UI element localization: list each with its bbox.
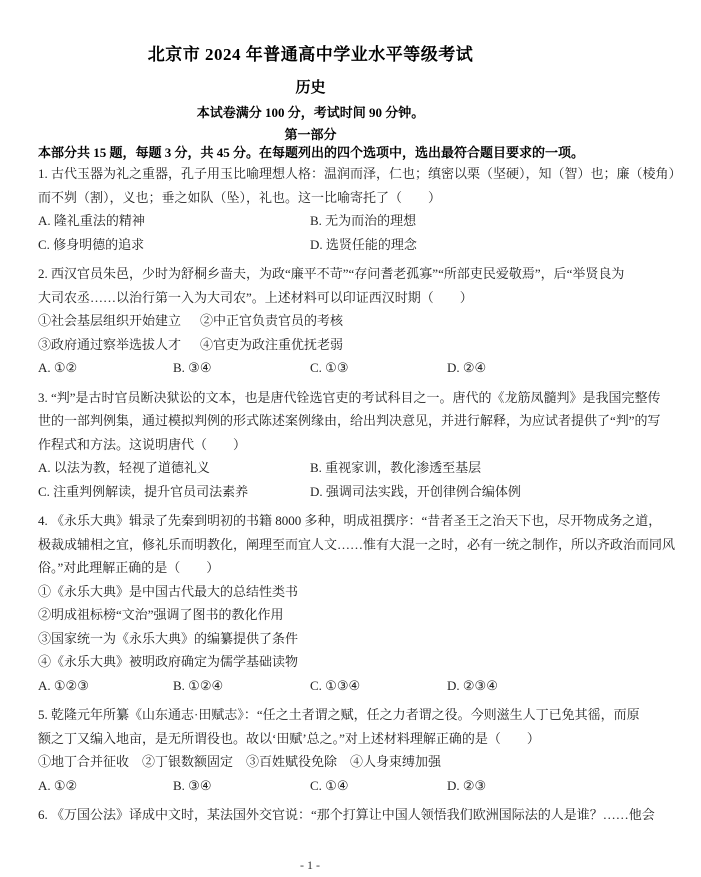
document-content: 北京市 2024 年普通高中学业水平等级考试 历史 本试卷满分 100 分，考试…: [38, 0, 665, 827]
answer-choice: C. ①④: [310, 774, 348, 798]
question-2-row: 大司农丞……以治行第一入为大司农”。上述材料可以印证西汉时期（ ）: [38, 286, 665, 310]
answer-choice: D. ②④: [447, 356, 486, 380]
question-1: 1. 古代玉器为礼之重器，孔子用玉比喻理想人格：温润而泽，仁也；缜密以栗（坚硬）…: [38, 162, 665, 256]
question-2-row: 2. 西汉官员朱邑，少时为舒桐乡啬夫，为政“廉平不苛”“存问耆老孤寡”“所部吏民…: [38, 262, 665, 286]
text-line: 大司农丞……以治行第一入为大司农”。上述材料可以印证西汉时期（ ）: [38, 286, 473, 310]
question-3-row: 3. “判”是古时官员断决狱讼的文本，也是唐代铨选官吏的考试科目之一。唐代的《龙…: [38, 386, 665, 410]
answer-choice: C. ①③: [310, 356, 348, 380]
part-heading: 第一部分: [38, 126, 583, 144]
answer-choice: A. ①②: [38, 356, 77, 380]
text-line: 2. 西汉官员朱邑，少时为舒桐乡啬夫，为政“廉平不苛”“存问耆老孤寡”“所部吏民…: [38, 262, 624, 286]
question-6: 6. 《万国公法》译成中文时，某法国外交官说：“那个打算让中国人领悟我们欧洲国际…: [38, 803, 665, 827]
text-line: ④《永乐大典》被明政府确定为儒学基础读物: [38, 650, 298, 674]
question-5-row: ①地丁合并征收 ②丁银数额固定 ③百姓赋役免除 ④人身束缚加强: [38, 750, 665, 774]
question-3-row: 作程式和方法。这说明唐代（ ）: [38, 433, 665, 457]
exam-paper-page: 北京市 2024 年普通高中学业水平等级考试 历史 本试卷满分 100 分，考试…: [0, 0, 701, 877]
text-line: 而不刿（割），义也；垂之如队（坠），礼也。这一比喻寄托了（ ）: [38, 186, 441, 210]
answer-choice: C. ①③④: [310, 674, 360, 698]
question-2-row: ③政府通过察举选拔人才④官吏为政注重优抚老弱: [38, 333, 665, 357]
answer-choice: D. ②③: [447, 774, 486, 798]
question-6-row: 6. 《万国公法》译成中文时，某法国外交官说：“那个打算让中国人领悟我们欧洲国际…: [38, 803, 665, 827]
question-3-row: A. 以法为教，轻视了道德礼义B. 重视家训，教化渗透至基层: [38, 456, 665, 480]
question-1-row: C. 修身明德的追求D. 选贤任能的理念: [38, 233, 665, 257]
option: A. 以法为教，轻视了道德礼义: [38, 456, 210, 480]
text-line: 额之丁又编入地亩，是无所谓役也。故以‘田赋’总之。”对上述材料理解正确的是（ ）: [38, 727, 540, 751]
text-line: 6. 《万国公法》译成中文时，某法国外交官说：“那个打算让中国人领悟我们欧洲国际…: [38, 803, 655, 827]
text-line: 3. “判”是古时官员断决狱讼的文本，也是唐代铨选官吏的考试科目之一。唐代的《龙…: [38, 386, 661, 410]
question-5-row: 5. 乾隆元年所纂《山东通志·田赋志》：“任之土者谓之赋，任之力者谓之役。今则滋…: [38, 703, 665, 727]
question-1-row: 而不刿（割），义也；垂之如队（坠），礼也。这一比喻寄托了（ ）: [38, 186, 665, 210]
question-4-row: 极裁成辅相之宜，修礼乐而明教化，阐理至而宜人文……惟有大混一之时，必有一统之制作…: [38, 533, 665, 557]
statement: ①社会基层组织开始建立: [38, 309, 181, 333]
text-line: 俗。”对此理解正确的是（ ）: [38, 556, 219, 580]
document-header: 北京市 2024 年普通高中学业水平等级考试 历史 本试卷满分 100 分，考试…: [38, 0, 583, 144]
question-4-row: 4. 《永乐大典》辑录了先秦到明初的书籍 8000 多种，明成祖撰序：“昔者圣王…: [38, 509, 665, 533]
question-4: 4. 《永乐大典》辑录了先秦到明初的书籍 8000 多种，明成祖撰序：“昔者圣王…: [38, 509, 665, 697]
question-5-row: 额之丁又编入地亩，是无所谓役也。故以‘田赋’总之。”对上述材料理解正确的是（ ）: [38, 727, 665, 751]
option: D. 选贤任能的理念: [310, 233, 417, 257]
text-line: 5. 乾隆元年所纂《山东通志·田赋志》：“任之土者谓之赋，任之力者谓之役。今则滋…: [38, 703, 640, 727]
answer-choice: B. ①②④: [173, 674, 223, 698]
question-4-row: ③国家统一为《永乐大典》的编纂提供了条件: [38, 627, 665, 651]
question-1-row: A. 隆礼重法的精神B. 无为而治的理想: [38, 209, 665, 233]
text-line: 4. 《永乐大典》辑录了先秦到明初的书籍 8000 多种，明成祖撰序：“昔者圣王…: [38, 509, 661, 533]
text-line: 作程式和方法。这说明唐代（ ）: [38, 433, 246, 457]
statement: ③政府通过察举选拔人才: [38, 333, 181, 357]
question-5-row: A. ①②B. ③④C. ①④D. ②③: [38, 774, 665, 798]
question-3-row: C. 注重判例解读，提升官员司法素养D. 强调司法实践，开创律例合编体例: [38, 480, 665, 504]
questions-list: 1. 古代玉器为礼之重器，孔子用玉比喻理想人格：温润而泽，仁也；缜密以栗（坚硬）…: [38, 162, 665, 827]
option: A. 隆礼重法的精神: [38, 209, 145, 233]
question-2: 2. 西汉官员朱邑，少时为舒桐乡啬夫，为政“廉平不苛”“存问耆老孤寡”“所部吏民…: [38, 262, 665, 380]
text-line: 世的一部判例集，通过模拟判例的形式陈述案例缘由，给出判决意见，并进行解释，为应试…: [38, 409, 661, 433]
text-line: 极裁成辅相之宜，修礼乐而明教化，阐理至而宜人文……惟有大混一之时，必有一统之制作…: [38, 533, 675, 557]
question-5: 5. 乾隆元年所纂《山东通志·田赋志》：“任之土者谓之赋，任之力者谓之役。今则滋…: [38, 703, 665, 797]
question-3-row: 世的一部判例集，通过模拟判例的形式陈述案例缘由，给出判决意见，并进行解释，为应试…: [38, 409, 665, 433]
exam-info-line: 本试卷满分 100 分，考试时间 90 分钟。: [38, 104, 583, 122]
page-number: - 1 -: [0, 856, 620, 874]
option: C. 修身明德的追求: [38, 233, 144, 257]
question-4-row: A. ①②③B. ①②④C. ①③④D. ②③④: [38, 674, 665, 698]
question-4-row: ①《永乐大典》是中国古代最大的总结性类书: [38, 580, 665, 604]
exam-title: 北京市 2024 年普通高中学业水平等级考试: [38, 0, 583, 66]
text-line: ②明成祖标榜“文治”强调了图书的教化作用: [38, 603, 284, 627]
question-4-row: ④《永乐大典》被明政府确定为儒学基础读物: [38, 650, 665, 674]
question-2-row: ①社会基层组织开始建立②中正官负责官员的考核: [38, 309, 665, 333]
question-4-row: 俗。”对此理解正确的是（ ）: [38, 556, 665, 580]
text-line: ①地丁合并征收 ②丁银数额固定 ③百姓赋役免除 ④人身束缚加强: [38, 750, 441, 774]
section-instructions: 本部分共 15 题，每题 3 分，共 45 分。在每题列出的四个选项中，选出最符…: [38, 144, 665, 162]
option: C. 注重判例解读，提升官员司法素养: [38, 480, 248, 504]
option: B. 无为而治的理想: [310, 209, 416, 233]
question-4-row: ②明成祖标榜“文治”强调了图书的教化作用: [38, 603, 665, 627]
question-3: 3. “判”是古时官员断决狱讼的文本，也是唐代铨选官吏的考试科目之一。唐代的《龙…: [38, 386, 665, 504]
text-line: 1. 古代玉器为礼之重器，孔子用玉比喻理想人格：温润而泽，仁也；缜密以栗（坚硬）…: [38, 162, 682, 186]
text-line: ①《永乐大典》是中国古代最大的总结性类书: [38, 580, 298, 604]
answer-choice: B. ③④: [173, 774, 211, 798]
statement: ④官吏为政注重优抚老弱: [200, 333, 343, 357]
text-line: ③国家统一为《永乐大典》的编纂提供了条件: [38, 627, 298, 651]
exam-subject: 历史: [38, 78, 583, 98]
question-1-row: 1. 古代玉器为礼之重器，孔子用玉比喻理想人格：温润而泽，仁也；缜密以栗（坚硬）…: [38, 162, 665, 186]
option: D. 强调司法实践，开创律例合编体例: [310, 480, 521, 504]
answer-choice: A. ①②③: [38, 674, 89, 698]
statement: ②中正官负责官员的考核: [200, 309, 343, 333]
answer-choice: A. ①②: [38, 774, 77, 798]
answer-choice: D. ②③④: [447, 674, 498, 698]
option: B. 重视家训，教化渗透至基层: [310, 456, 481, 480]
answer-choice: B. ③④: [173, 356, 211, 380]
question-2-row: A. ①②B. ③④C. ①③D. ②④: [38, 356, 665, 380]
